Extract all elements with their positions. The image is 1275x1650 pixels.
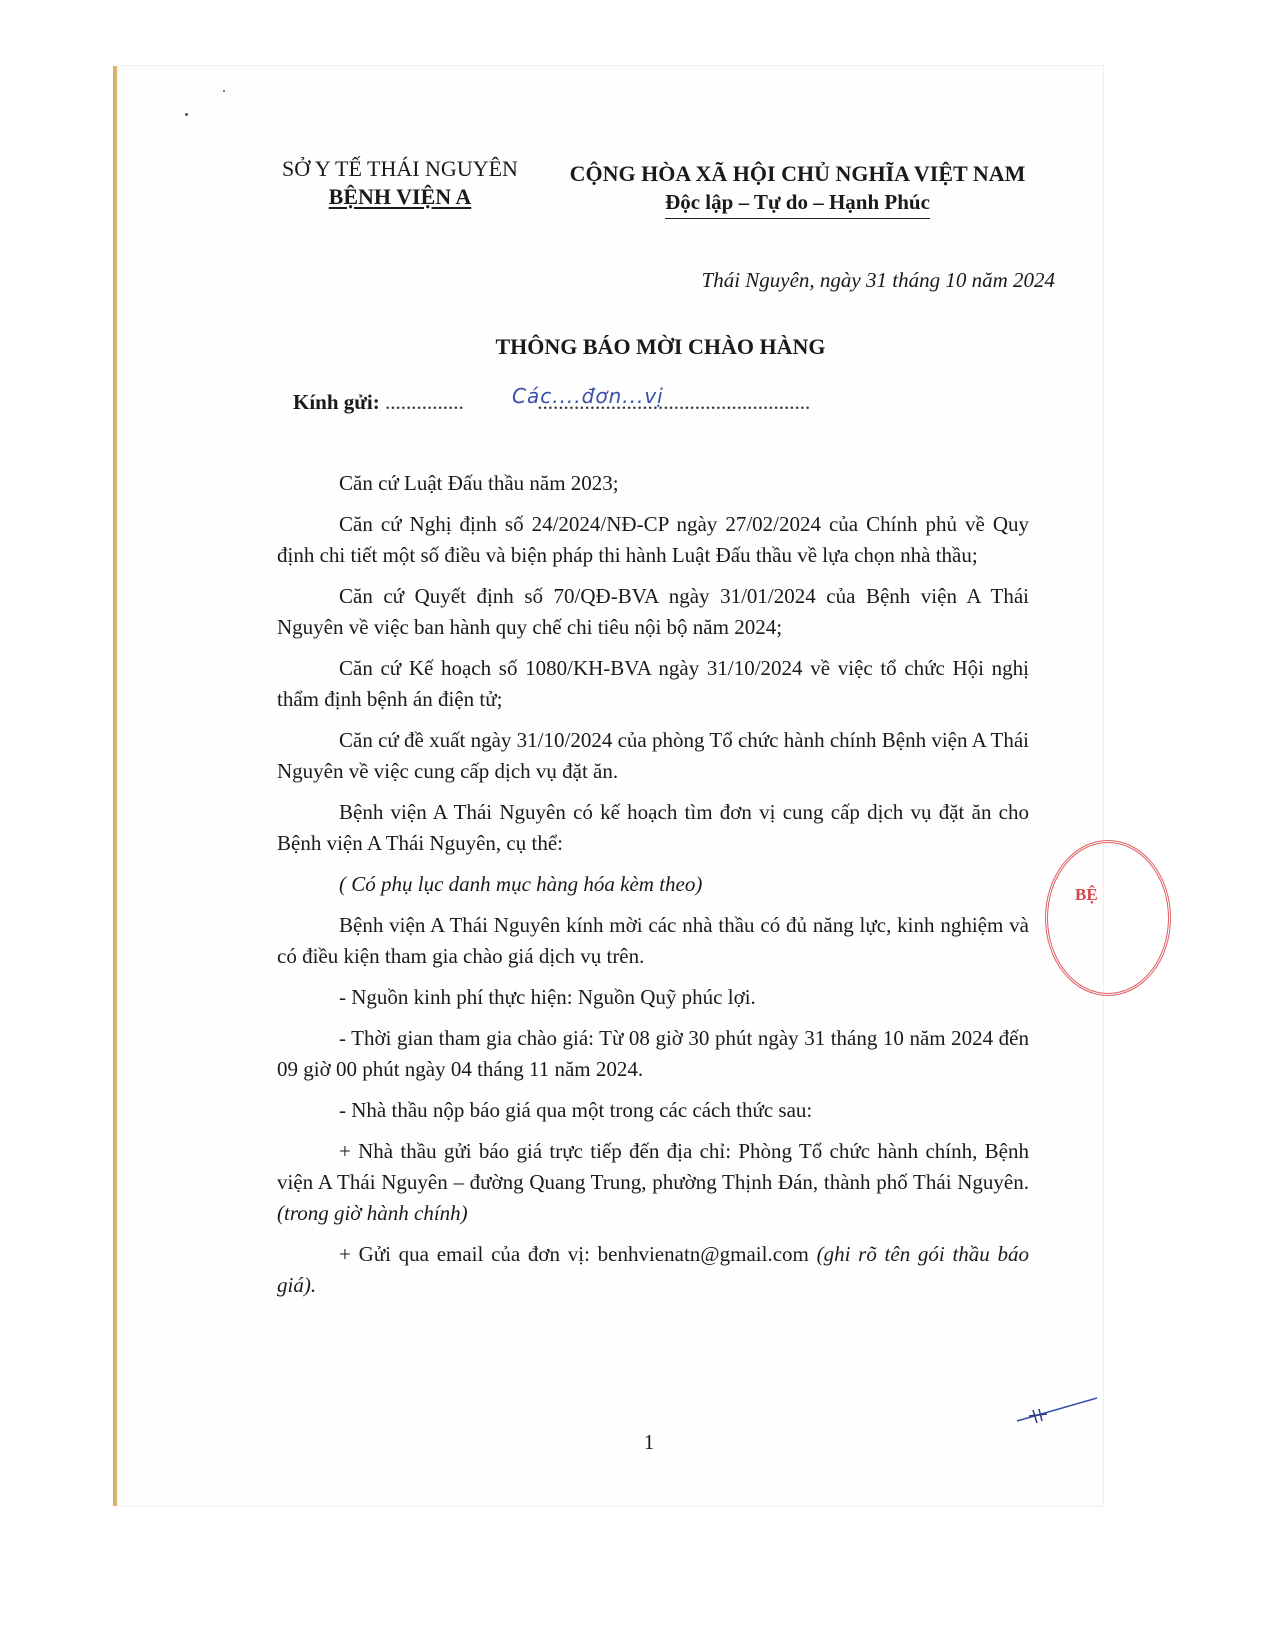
submission-method-direct: + Nhà thầu gửi báo giá trực tiếp đến địa…: [277, 1136, 1029, 1229]
document-body: Căn cứ Luật Đấu thầu năm 2023; Căn cứ Ng…: [277, 468, 1029, 1311]
submission-method-email: + Gửi qua email của đơn vị: benhvienatn@…: [277, 1239, 1029, 1301]
appendix-note: ( Có phụ lục danh mục hàng hóa kèm theo): [277, 869, 1029, 900]
recipient-label: Kính gửi:: [293, 390, 380, 414]
handwritten-recipient: Các....đơn...vị: [512, 384, 664, 408]
initial-signature-mark: [1015, 1395, 1100, 1425]
legal-basis-2: Căn cứ Nghị định số 24/2024/NĐ-CP ngày 2…: [277, 509, 1029, 571]
scan-speck: [223, 90, 225, 92]
submission-intro: - Nhà thầu nộp báo giá qua một trong các…: [277, 1095, 1029, 1126]
national-heading: CỘNG HÒA XÃ HỘI CHỦ NGHĨA VIỆT NAM Độc l…: [560, 160, 1035, 219]
legal-basis-1: Căn cứ Luật Đấu thầu năm 2023;: [277, 468, 1029, 499]
legal-basis-3: Căn cứ Quyết định số 70/QĐ-BVA ngày 31/0…: [277, 581, 1029, 643]
stamp-text: BỆ: [1075, 885, 1098, 905]
place-date: Thái Nguyên, ngày 31 tháng 10 năm 2024: [600, 268, 1055, 293]
document-title: THÔNG BÁO MỜI CHÀO HÀNG: [118, 334, 1203, 360]
issuing-organization: SỞ Y TẾ THÁI NGUYÊN BỆNH VIỆN A: [280, 155, 520, 211]
legal-basis-5: Căn cứ đề xuất ngày 31/10/2024 của phòng…: [277, 725, 1029, 787]
hospital-name: BỆNH VIỆN A: [280, 183, 520, 211]
legal-basis-4: Căn cứ Kế hoạch số 1080/KH-BVA ngày 31/1…: [277, 653, 1029, 715]
red-seal-stamp: [1045, 840, 1171, 996]
invitation-text: Bệnh viện A Thái Nguyên kính mời các nhà…: [277, 910, 1029, 972]
scan-speck: [185, 113, 188, 116]
funding-source: - Nguồn kinh phí thực hiện: Nguồn Quỹ ph…: [277, 982, 1029, 1013]
plan-statement: Bệnh viện A Thái Nguyên có kế hoạch tìm …: [277, 797, 1029, 859]
page-number: 1: [118, 1430, 1180, 1455]
quotation-period: - Thời gian tham gia chào giá: Từ 08 giờ…: [277, 1023, 1029, 1085]
recipient-dots: ...............: [385, 390, 464, 414]
parent-agency: SỞ Y TẾ THÁI NGUYÊN: [280, 155, 520, 183]
nation-name: CỘNG HÒA XÃ HỘI CHỦ NGHĨA VIỆT NAM: [560, 160, 1035, 188]
national-motto: Độc lập – Tự do – Hạnh Phúc: [665, 188, 930, 219]
